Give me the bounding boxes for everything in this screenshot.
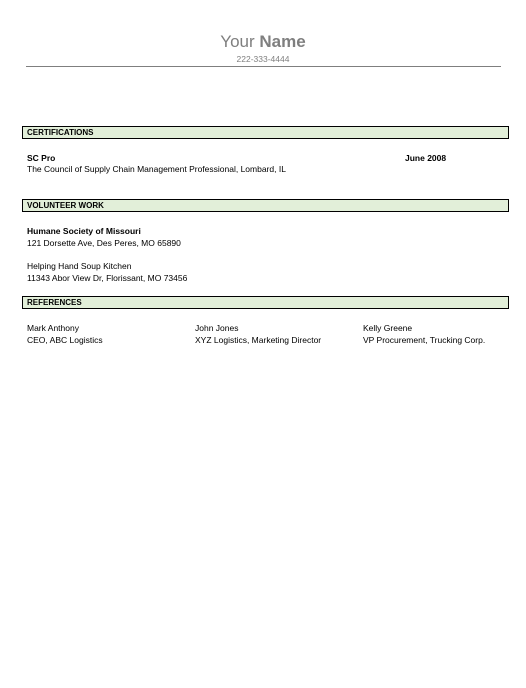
certification-organization: The Council of Supply Chain Management P… [27, 164, 286, 175]
certifications-heading: CERTIFICATIONS [22, 126, 509, 139]
resume-name: Your Name [0, 32, 526, 52]
reference-name: Mark Anthony [27, 323, 79, 334]
volunteer-org-address: 11343 Abor View Dr, Florissant, MO 73456 [27, 273, 187, 284]
reference-title: CEO, ABC Logistics [27, 335, 103, 346]
reference-name: Kelly Greene [363, 323, 412, 334]
volunteer-org-name: Humane Society of Missouri [27, 226, 141, 237]
volunteer-org-name: Helping Hand Soup Kitchen [27, 261, 131, 272]
reference-title: VP Procurement, Trucking Corp. [363, 335, 485, 346]
last-name: Name [259, 32, 305, 51]
first-name: Your [220, 32, 254, 51]
volunteer-heading: VOLUNTEER WORK [22, 199, 509, 212]
certification-date: June 2008 [405, 153, 446, 164]
header-divider [26, 66, 501, 67]
volunteer-org-address: 121 Dorsette Ave, Des Peres, MO 65890 [27, 238, 181, 249]
reference-name: John Jones [195, 323, 238, 334]
reference-title: XYZ Logistics, Marketing Director [195, 335, 321, 346]
references-heading: REFERENCES [22, 296, 509, 309]
certification-title: SC Pro [27, 153, 55, 164]
phone-number: 222-333-4444 [0, 54, 526, 65]
